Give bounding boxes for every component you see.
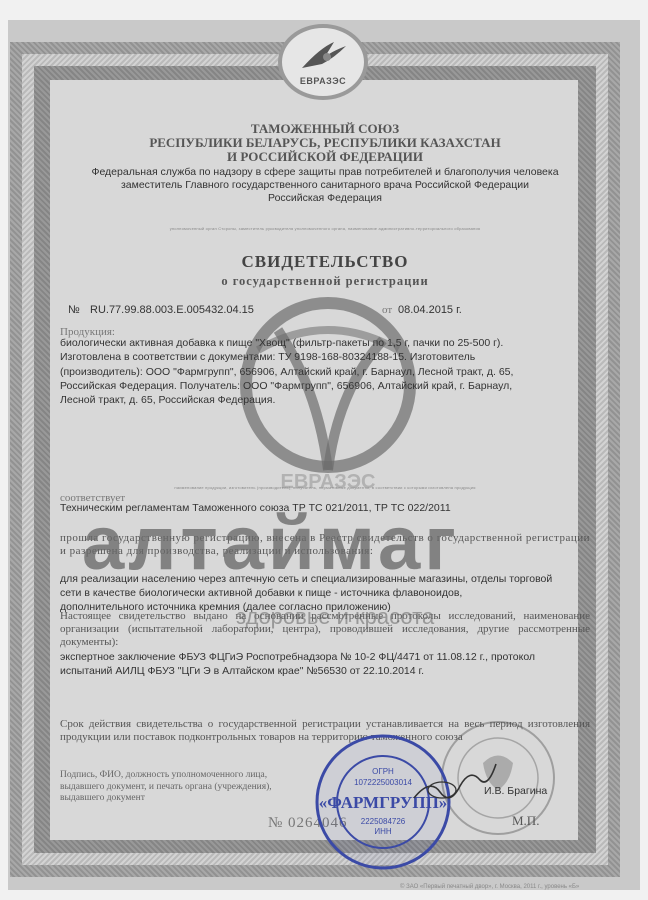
customs-union-header: ТАМОЖЕННЫЙ СОЮЗ РЕСПУБЛИКИ БЕЛАРУСЬ, РЕС… (60, 122, 590, 164)
agency-fine-print: уполномоченный орган Стороны, заместител… (60, 226, 590, 231)
agency-line: заместитель Главного государственного са… (60, 179, 590, 192)
signer-name: И.В. Брагина (484, 785, 547, 797)
product-line: Лесной тракт, д. 65, Российская Федераци… (60, 393, 590, 407)
product-fine-print: наименование продукции, изготовитель (пр… (60, 485, 590, 490)
date-prefix: от (382, 304, 392, 316)
certificate-number: RU.77.99.88.003.E.005432.04.15 (90, 304, 254, 316)
registration-statement: прошла государственную регистрацию, внес… (60, 532, 590, 558)
agency-line: Федеральная служба по надзору в сфере за… (60, 166, 590, 179)
union-line: ТАМОЖЕННЫЙ СОЮЗ (60, 122, 590, 136)
eurasec-bird-icon (300, 38, 350, 72)
signature-label: Подпись, ФИО, должность уполномоченного … (60, 770, 280, 805)
basis-line: экспертное заключение ФБУЗ ФЦГиЭ Роспотр… (60, 650, 590, 664)
product-description: биологически активная добавка к пище "Хв… (60, 336, 590, 407)
form-serial-number: № 0264046 (268, 815, 348, 832)
basis-documents: экспертное заключение ФБУЗ ФЦГиЭ Роспотр… (60, 650, 590, 678)
technical-regulations: Техническим регламентам Таможенного союз… (60, 502, 590, 514)
certificate-title: СВИДЕТЕЛЬСТВО (60, 252, 590, 272)
purpose-line: для реализации населению через аптечную … (60, 572, 590, 586)
basis-statement: Настоящее свидетельство выдано на основа… (60, 610, 590, 649)
agency-line: Российская Федерация (60, 192, 590, 205)
printer-note: © ЗАО «Первый печатный двор», г. Москва,… (400, 884, 579, 890)
product-line: Изготовлена в соответствии с документами… (60, 350, 590, 364)
usage-purpose: для реализации населению через аптечную … (60, 572, 590, 614)
certificate-subtitle: о государственной регистрации (60, 274, 590, 289)
issuing-agency: Федеральная служба по надзору в сфере за… (60, 166, 590, 205)
product-line: Российская Федерация. Получатель: ООО "Ф… (60, 379, 590, 393)
certificate-date: 08.04.2015 г. (398, 304, 462, 316)
purpose-line: сети в качестве биологически активной до… (60, 586, 590, 600)
seal-place-mark: М.П. (512, 813, 539, 829)
basis-line: испытаний АИЛЦ ФБУЗ "ЦГи Э в Алтайском к… (60, 664, 590, 678)
union-line: И РОССИЙСКОЙ ФЕДЕРАЦИИ (60, 150, 590, 164)
eurasec-emblem: ЕВРАЗЭС (278, 24, 368, 100)
union-line: РЕСПУБЛИКИ БЕЛАРУСЬ, РЕСПУБЛИКИ КАЗАХСТА… (60, 136, 590, 150)
validity-statement: Срок действия свидетельства о государств… (60, 718, 590, 744)
product-line: биологически активная добавка к пище "Хв… (60, 336, 590, 350)
number-sign: № (68, 304, 80, 316)
product-line: (производитель): ООО "Фармгрупп", 656906… (60, 365, 590, 379)
emblem-label: ЕВРАЗЭС (300, 76, 346, 86)
